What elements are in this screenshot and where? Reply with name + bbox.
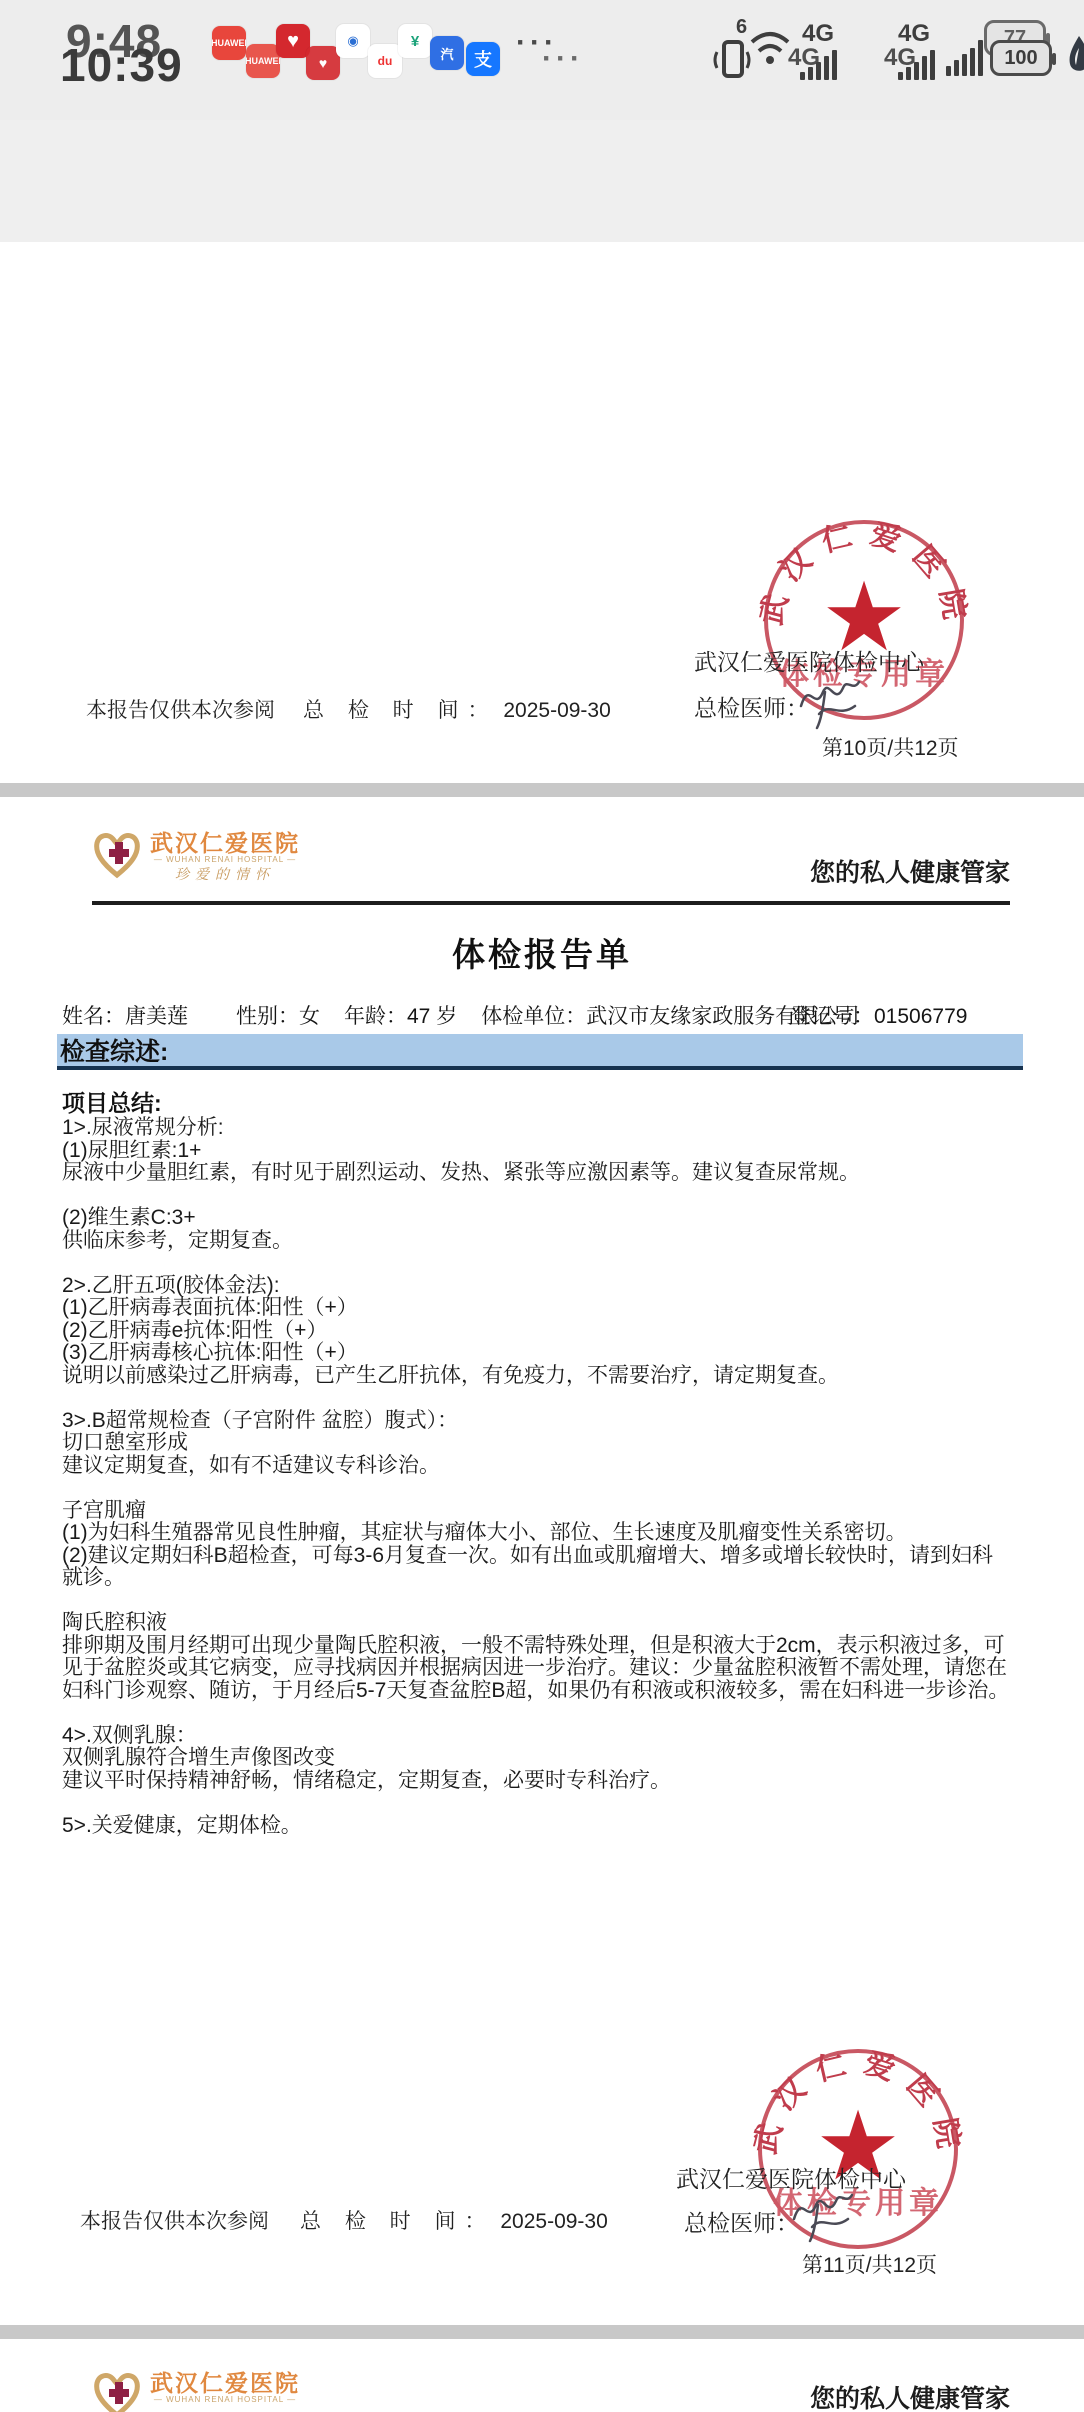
section-header-exam-summary: 检查综述:	[57, 1034, 1023, 1070]
shopping-app-icon: ♥	[306, 46, 340, 80]
exam-time-value: 2025-09-30	[500, 2210, 607, 2233]
report-disclaimer: 本报告仅供本次参阅	[86, 694, 275, 724]
hospital-logo-name-en: — WUHAN RENAI HOSPITAL —	[150, 2395, 300, 2404]
patient-name-label: 姓名：	[62, 1005, 125, 1028]
wifi6-label: 6	[736, 16, 747, 39]
patient-name: 唐美莲	[125, 1005, 188, 1028]
chief-doctor-label: 总检医师：	[684, 2205, 799, 2238]
exam-unit-label: 体检单位：	[481, 1005, 586, 1028]
hospital-logo-tagline: 珍爱的情怀	[150, 864, 300, 884]
page-separator	[0, 783, 1084, 797]
pdf-title-bar: ‹ 9.30 友缘家政 唐美莲.pdf •••	[0, 120, 1084, 242]
patient-info-row: 姓名：唐美莲性别：女年龄：47 岁体检单位：武汉市友缘家政服务有限公司 登记号：…	[62, 1000, 1062, 1030]
signal-bars-2	[898, 50, 935, 80]
patient-gender: 女	[299, 1005, 320, 1028]
alipay-app-icon: 支	[466, 42, 500, 76]
exam-time-value: 2025-09-30	[503, 699, 610, 722]
status-time: 10:39	[60, 38, 183, 92]
summary-header: 项目总结:	[62, 1085, 162, 1118]
phone-screen: 9:48 10:39 HUAWEI HUAWEI ♥ ♥ ◉ du ¥ 汽 支 …	[0, 0, 1084, 2412]
signal-bars-1	[800, 50, 837, 80]
status-indicators: 6 4G 4G 4G 4G 77 100	[684, 0, 1084, 120]
hospital-logo-name-en: — WUHAN RENAI HOSPITAL —	[150, 855, 300, 864]
hospital-logo: 武汉仁爱医院 — WUHAN RENAI HOSPITAL —	[92, 2371, 300, 2412]
page-number: 第11页/共12页	[802, 2249, 937, 2279]
patient-gender-label: 性别：	[236, 1005, 299, 1028]
header-divider	[92, 901, 1010, 905]
patient-age: 47 岁	[407, 1005, 457, 1028]
baidu-map-icon: du	[368, 44, 402, 78]
page-number: 第10页/共12页	[822, 732, 959, 762]
page-separator	[0, 2325, 1084, 2339]
huawei-appgallery-ghost-icon: HUAWEI	[246, 44, 280, 78]
hospital-logo-name: 武汉仁爱医院	[150, 2371, 300, 2395]
compass-app-icon: ◉	[336, 24, 370, 58]
exam-time: 总 检 时 间： 2025-09-30	[300, 2205, 608, 2235]
huawei-appgallery-icon: HUAWEI	[212, 26, 246, 60]
header-slogan: 您的私人健康管家	[810, 2379, 1010, 2412]
exam-time-label: 总 检 时 间：	[300, 2210, 495, 2233]
heart-cross-logo-icon	[92, 831, 142, 879]
patient-age-label: 年龄：	[344, 1005, 407, 1028]
report-body-text: 1>.尿液常规分析: (1)尿胆红素:1+ 尿液中少量胆红素，有时见于剧烈运动、…	[62, 1117, 1012, 1837]
status-bar: 9:48 10:39 HUAWEI HUAWEI ♥ ♥ ◉ du ¥ 汽 支 …	[0, 0, 1084, 120]
hospital-logo-name: 武汉仁爱医院	[150, 831, 300, 855]
pdf-page-10[interactable]: 武汉仁爱医院 ★ 体检专用章 武汉仁爱医院体检中心 总检医师： 本报告仅供本次参…	[0, 242, 1084, 783]
heart-cross-logo-icon	[92, 2371, 142, 2412]
heart-app-icon: ♥	[276, 24, 310, 58]
flame-icon	[1066, 34, 1084, 78]
more-apps-dots-ghost: ···	[542, 42, 584, 76]
battery-indicator: 100	[990, 40, 1052, 76]
report-disclaimer: 本报告仅供本次参阅	[80, 2205, 269, 2235]
pdf-page-12-partial[interactable]: 武汉仁爱医院 — WUHAN RENAI HOSPITAL — 您的私人健康管家	[0, 2339, 1084, 2412]
doctor-signature	[788, 2175, 878, 2245]
autohome-app-icon: 汽	[430, 36, 464, 70]
bank-app-icon: ¥	[398, 24, 432, 58]
chief-doctor-label: 总检医师：	[694, 690, 809, 723]
exam-time: 总 检 时 间： 2025-09-30	[303, 694, 611, 724]
hospital-logo: 武汉仁爱医院 — WUHAN RENAI HOSPITAL — 珍爱的情怀	[92, 831, 300, 884]
report-title: 体检报告单	[0, 929, 1084, 976]
exam-time-label: 总 检 时 间：	[303, 699, 498, 722]
pdf-page-11[interactable]: 武汉仁爱医院 — WUHAN RENAI HOSPITAL — 珍爱的情怀 您的…	[0, 797, 1084, 2325]
signal-bars-3	[946, 40, 983, 76]
registration-number: 登记号：01506779	[790, 1000, 967, 1030]
header-slogan: 您的私人健康管家	[810, 853, 1010, 889]
doctor-signature	[795, 662, 885, 732]
